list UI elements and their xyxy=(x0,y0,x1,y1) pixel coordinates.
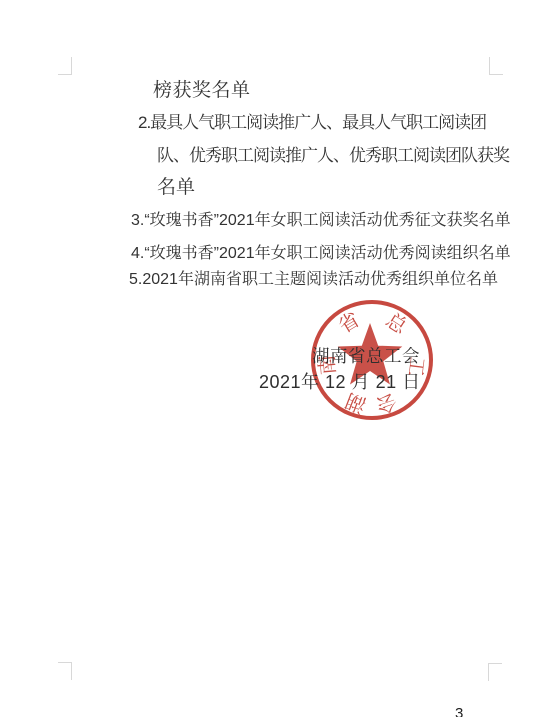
crop-mark-top-left xyxy=(58,57,72,75)
crop-mark-bottom-right xyxy=(488,663,502,681)
document-line: 4.“玫瑰书香”2021年女职工阅读活动优秀阅读组织名单 xyxy=(131,245,511,263)
document-line: 2.最具人气职工阅读推广人、最具人气职工阅读团 xyxy=(138,113,486,133)
crop-mark-top-right xyxy=(489,57,503,75)
document-line: 5.2021年湖南省职工主题阅读活动优秀组织单位名单 xyxy=(129,271,498,289)
document-line: 队、优秀职工阅读推广人、优秀职工阅读团队获奖 xyxy=(157,146,509,166)
document-line: 榜获奖名单 xyxy=(153,80,251,102)
document-page: 榜获奖名单 2.最具人气职工阅读推广人、最具人气职工阅读团 队、优秀职工阅读推广… xyxy=(0,0,554,717)
document-line: 3.“玫瑰书香”2021年女职工阅读活动优秀征文获奖名单 xyxy=(131,212,511,230)
crop-mark-bottom-left xyxy=(58,662,72,680)
signature-date: 2021年 12 月 21 日 xyxy=(259,368,421,394)
signature-organization: 湖南省总工会 xyxy=(312,343,420,368)
page-number: 3 xyxy=(455,705,463,717)
document-line: 名单 xyxy=(157,177,195,199)
